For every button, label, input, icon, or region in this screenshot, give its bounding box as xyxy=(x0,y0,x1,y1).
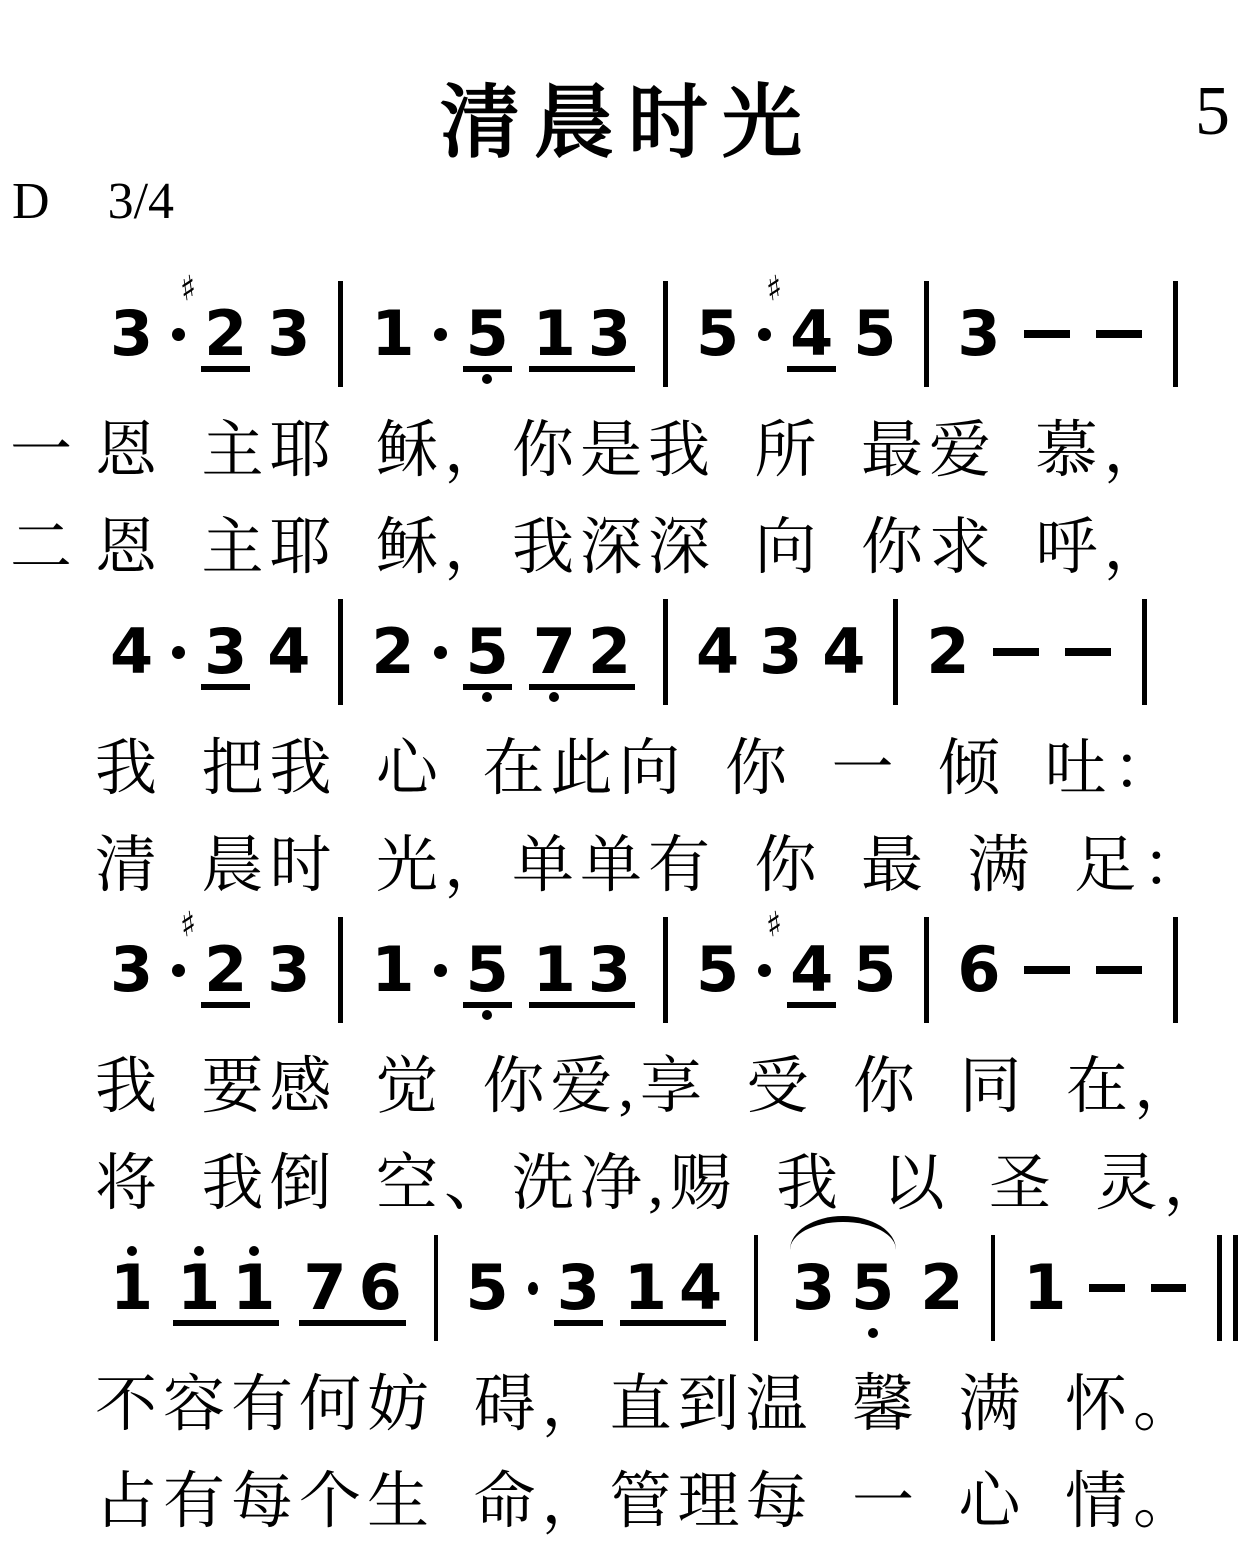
note: 7 xyxy=(303,1246,346,1330)
octave-dot-high xyxy=(249,1246,259,1256)
note-value: 1 xyxy=(371,939,414,1001)
note: 5 xyxy=(466,610,509,694)
note-value: 2 xyxy=(204,939,247,1001)
barline xyxy=(663,917,668,1023)
note-value: 4 xyxy=(790,303,833,365)
barline xyxy=(338,599,343,705)
barline xyxy=(434,1235,438,1341)
lyric-line: 我 要感 觉 你爱,享 受 你 同 在， xyxy=(0,1032,1256,1129)
note: 1 xyxy=(177,1246,220,1330)
note-value: 5 xyxy=(853,939,896,1001)
system: 32♯3151354♯53一恩 主耶 稣，你是我 所 最爱 慕，二恩 主耶 稣，… xyxy=(0,272,1256,590)
notation-line: 1117653143521 xyxy=(0,1226,1256,1350)
duration-dot xyxy=(434,328,447,341)
note-value: 1 xyxy=(624,1257,667,1319)
octave-dot-low xyxy=(482,1010,492,1020)
octave-dot-low xyxy=(868,1328,878,1338)
duration-dash xyxy=(1065,648,1111,656)
sharp-icon: ♯ xyxy=(178,907,199,943)
note: 4♯ xyxy=(790,928,833,1012)
duration-dash xyxy=(1151,1284,1186,1292)
lyric-line: 占有每个生 命，管理每 一 心 情。 xyxy=(0,1447,1256,1544)
sharp-icon: ♯ xyxy=(764,271,785,307)
verse-marker: 二 xyxy=(10,497,72,586)
note: 3 xyxy=(588,928,631,1012)
sharp-icon: ♯ xyxy=(178,271,199,307)
notation-line: 32♯3151354♯56 xyxy=(0,908,1256,1032)
note: 2♯ xyxy=(204,928,247,1012)
note: 2 xyxy=(920,1246,963,1330)
note: 1 xyxy=(624,1246,667,1330)
lyric-text: 恩 主耶 稣，我深深 向 你求 呼， xyxy=(95,497,1172,586)
lyric-text: 恩 主耶 稣，你是我 所 最爱 慕， xyxy=(95,400,1172,489)
octave-dot-high xyxy=(194,1246,204,1256)
duration-dot xyxy=(758,964,771,977)
note-value: 5 xyxy=(466,621,509,683)
duration-dot xyxy=(172,646,185,659)
note: 2 xyxy=(588,610,631,694)
note-value: 5 xyxy=(466,939,509,1001)
note-value: 1 xyxy=(177,1257,220,1319)
duration-dot xyxy=(758,328,771,341)
note: 3 xyxy=(110,292,153,376)
lyric-line: 清 晨时 光，单单有 你 最 满 足： xyxy=(0,811,1256,908)
note-value: 1 xyxy=(533,303,576,365)
note: 5 xyxy=(851,1246,894,1330)
key-meter-row: D 3/4 xyxy=(12,172,174,231)
note: 4 xyxy=(267,610,310,694)
note: 3 xyxy=(792,1246,835,1330)
beam-group: 72 xyxy=(527,610,637,694)
barline xyxy=(754,1235,758,1341)
note: 3 xyxy=(267,292,310,376)
note: 5 xyxy=(466,292,509,376)
note: 3 xyxy=(957,292,1000,376)
barline xyxy=(991,1235,995,1341)
note-value: 3 xyxy=(267,303,310,365)
barline xyxy=(1173,917,1178,1023)
duration-dash xyxy=(1096,966,1142,974)
note: 1 xyxy=(1023,1246,1066,1330)
note-value: 6 xyxy=(359,1257,402,1319)
note-value: 6 xyxy=(957,939,1000,1001)
final-barline xyxy=(1217,1235,1238,1341)
note: 5 xyxy=(853,928,896,1012)
note-value: 5 xyxy=(696,303,739,365)
note: 3 xyxy=(759,610,802,694)
note: 3 xyxy=(110,928,153,1012)
note: 1 xyxy=(232,1246,275,1330)
beam-group: 13 xyxy=(527,292,637,376)
note-value: 2 xyxy=(926,621,969,683)
note-value: 3 xyxy=(204,621,247,683)
duration-dot xyxy=(434,964,447,977)
barline xyxy=(924,917,929,1023)
sheet-music-page: 清晨时光 5 D 3/4 32♯3151354♯53一恩 主耶 稣，你是我 所 … xyxy=(0,0,1256,1551)
note-value: 1 xyxy=(110,1257,153,1319)
note-value: 2 xyxy=(204,303,247,365)
note: 1 xyxy=(110,1246,153,1330)
note-value: 2 xyxy=(371,621,414,683)
octave-dot-low xyxy=(549,692,559,702)
barline xyxy=(663,281,668,387)
lyric-line: 不容有何妨 碍，直到温 馨 满 怀。 xyxy=(0,1350,1256,1447)
lyric-line: 将 我倒 空、洗净,赐 我 以 圣 灵， xyxy=(0,1129,1256,1226)
note-value: 2 xyxy=(588,621,631,683)
time-signature: 3/4 xyxy=(108,172,174,231)
duration-dot xyxy=(528,1282,538,1295)
barline xyxy=(663,599,668,705)
lyric-line: 我 把我 心 在此向 你 一 倾 吐： xyxy=(0,714,1256,811)
note-value: 3 xyxy=(588,939,631,1001)
slur-group: 35 xyxy=(784,1246,902,1330)
note: 4 xyxy=(822,610,865,694)
note-value: 4 xyxy=(267,621,310,683)
system: 43425724342我 把我 心 在此向 你 一 倾 吐：清 晨时 光，单单有… xyxy=(0,590,1256,908)
beam-group: 76 xyxy=(297,1246,407,1330)
duration-dash xyxy=(993,648,1039,656)
lyric-text: 占有每个生 命，管理每 一 心 情。 xyxy=(95,1451,1201,1540)
note: 2 xyxy=(371,610,414,694)
note-value: 4 xyxy=(790,939,833,1001)
lyric-text: 我 把我 心 在此向 你 一 倾 吐： xyxy=(95,718,1181,807)
note-value: 3 xyxy=(557,1257,600,1319)
note: 5 xyxy=(466,928,509,1012)
lyric-line: 二恩 主耶 稣，我深深 向 你求 呼， xyxy=(0,493,1256,590)
note-value: 4 xyxy=(696,621,739,683)
note-value: 3 xyxy=(759,621,802,683)
key-signature: D xyxy=(12,172,50,231)
note: 4 xyxy=(679,1246,722,1330)
score: 32♯3151354♯53一恩 主耶 稣，你是我 所 最爱 慕，二恩 主耶 稣，… xyxy=(0,272,1256,1544)
note-value: 1 xyxy=(232,1257,275,1319)
note-value: 1 xyxy=(371,303,414,365)
note-value: 7 xyxy=(303,1257,346,1319)
sharp-icon: ♯ xyxy=(764,907,785,943)
note-value: 4 xyxy=(822,621,865,683)
note: 1 xyxy=(533,292,576,376)
duration-dash xyxy=(1096,330,1142,338)
note: 3 xyxy=(557,1246,600,1330)
note-value: 5 xyxy=(466,303,509,365)
system: 32♯3151354♯56我 要感 觉 你爱,享 受 你 同 在，将 我倒 空、… xyxy=(0,908,1256,1226)
note-value: 7 xyxy=(533,621,576,683)
duration-dot xyxy=(172,328,185,341)
duration-dash xyxy=(1024,330,1070,338)
note: 3 xyxy=(267,928,310,1012)
octave-dot-high xyxy=(127,1246,137,1256)
barline xyxy=(1173,281,1178,387)
note: 5 xyxy=(853,292,896,376)
barline xyxy=(338,917,343,1023)
lyric-text: 清 晨时 光，单单有 你 最 满 足： xyxy=(95,815,1210,904)
notation-line: 32♯3151354♯53 xyxy=(0,272,1256,396)
note: 4♯ xyxy=(790,292,833,376)
note: 3 xyxy=(588,292,631,376)
note: 1 xyxy=(371,292,414,376)
beam-group: 14 xyxy=(618,1246,728,1330)
note: 4 xyxy=(110,610,153,694)
lyric-text: 我 要感 觉 你爱,享 受 你 同 在， xyxy=(95,1036,1202,1125)
note-value: 2 xyxy=(920,1257,963,1319)
note: 5 xyxy=(696,928,739,1012)
note: 5 xyxy=(696,292,739,376)
lyric-line: 一恩 主耶 稣，你是我 所 最爱 慕， xyxy=(0,396,1256,493)
system: 1117653143521不容有何妨 碍，直到温 馨 满 怀。占有每个生 命，管… xyxy=(0,1226,1256,1544)
note: 5 xyxy=(466,1246,509,1330)
note-value: 3 xyxy=(957,303,1000,365)
note-value: 3 xyxy=(588,303,631,365)
note-value: 5 xyxy=(853,303,896,365)
duration-dot xyxy=(172,964,185,977)
note: 2♯ xyxy=(204,292,247,376)
octave-dot-low xyxy=(482,374,492,384)
note-value: 1 xyxy=(533,939,576,1001)
octave-dot-low xyxy=(482,692,492,702)
duration-dash xyxy=(1024,966,1070,974)
note: 6 xyxy=(359,1246,402,1330)
note-value: 5 xyxy=(696,939,739,1001)
note-value: 4 xyxy=(110,621,153,683)
note: 1 xyxy=(533,928,576,1012)
lyric-text: 将 我倒 空、洗净,赐 我 以 圣 灵， xyxy=(95,1133,1232,1222)
note: 6 xyxy=(957,928,1000,1012)
duration-dash xyxy=(1089,1284,1124,1292)
note-value: 1 xyxy=(1023,1257,1066,1319)
verse-marker: 一 xyxy=(10,400,72,489)
lyric-text: 不容有何妨 碍，直到温 馨 满 怀。 xyxy=(95,1354,1201,1443)
page-number: 5 xyxy=(1195,72,1230,152)
note: 3 xyxy=(204,610,247,694)
barline xyxy=(338,281,343,387)
notation-line: 43425724342 xyxy=(0,590,1256,714)
note-value: 3 xyxy=(792,1257,835,1319)
note-value: 3 xyxy=(110,939,153,1001)
barline xyxy=(893,599,898,705)
note-value: 3 xyxy=(110,303,153,365)
note: 2 xyxy=(926,610,969,694)
barline xyxy=(924,281,929,387)
barline xyxy=(1142,599,1147,705)
page-title: 清晨时光 xyxy=(0,58,1256,173)
note: 7 xyxy=(533,610,576,694)
note-value: 3 xyxy=(267,939,310,1001)
note-value: 5 xyxy=(851,1257,894,1319)
note-value: 4 xyxy=(679,1257,722,1319)
beam-group: 11 xyxy=(171,1246,281,1330)
beam-group: 13 xyxy=(527,928,637,1012)
duration-dot xyxy=(434,646,447,659)
note-value: 5 xyxy=(466,1257,509,1319)
note: 1 xyxy=(371,928,414,1012)
note: 4 xyxy=(696,610,739,694)
